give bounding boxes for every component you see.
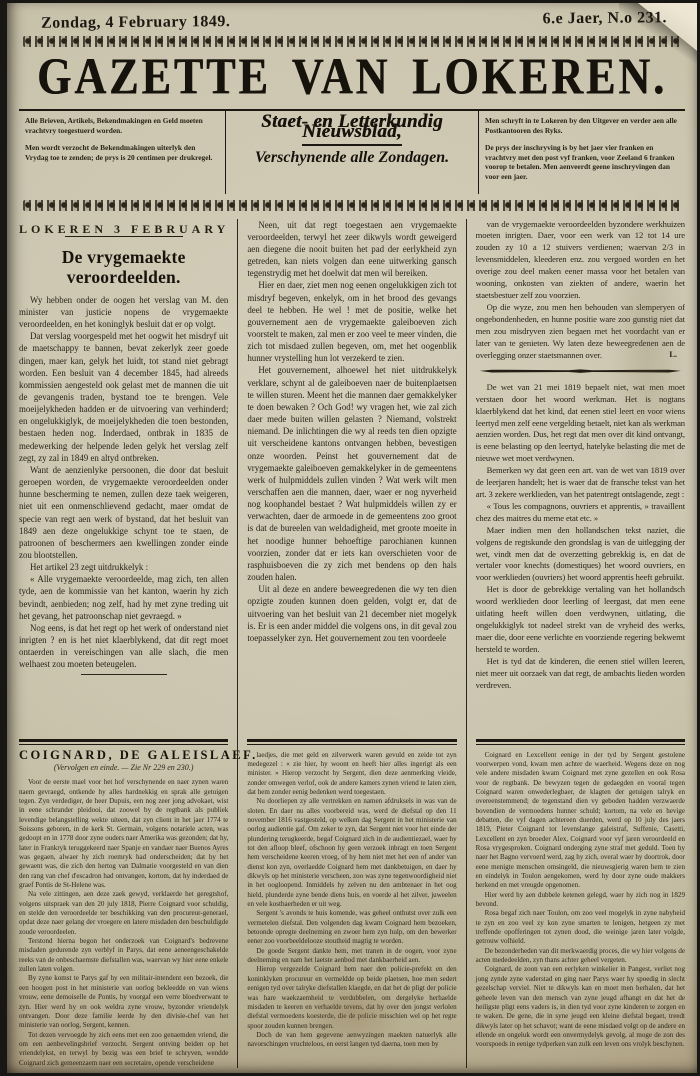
paragraph: Nu doorliepen zy alle vertrekken en name… bbox=[247, 797, 456, 909]
notice-right-text-1: Men schryft in te Lokeren by den Uitgeve… bbox=[485, 116, 679, 135]
paragraph: « Tous les compagnons, ouvriers et appre… bbox=[476, 501, 685, 525]
paragraph: Het gouvernement, alhoewel het niet uitd… bbox=[247, 364, 456, 583]
paragraph: Uit al deze en andere beweegredenen die … bbox=[247, 583, 456, 644]
edition-date: Zondag, 4 February 1849. bbox=[41, 13, 230, 33]
paragraph: Dat verslag voorgespeld met het oogwit h… bbox=[19, 330, 228, 464]
feuilleton-column-1: COIGNARD, DE GALEISLAEF. (Vervolgen en e… bbox=[19, 751, 228, 1068]
paragraph: De wet van 21 mei 1819 bepaelt niet, wat… bbox=[476, 382, 685, 465]
feuilleton-rule-1 bbox=[19, 739, 228, 745]
publication-schedule: Verschynende alle Zondagen. bbox=[234, 153, 470, 163]
paragraph: Hier en daer, ziet men nog eenen ongeluk… bbox=[247, 279, 456, 364]
paragraph: Neen, uit dat regt toegestaen aen vrygem… bbox=[247, 219, 456, 280]
newspaper-subtitle: Staet- en Letterkundig Nieuwsblad, bbox=[234, 117, 470, 136]
paragraph: Tot dezen vervoegde hy zich eens met een… bbox=[19, 1031, 228, 1068]
column-2-main: Neen, uit dat regt toegestaen aen vrygem… bbox=[247, 219, 456, 735]
paragraph: Wy hebben onder de oogen het verslag van… bbox=[19, 294, 228, 330]
feuilleton-title: COIGNARD, DE GALEISLAEF. bbox=[19, 751, 228, 760]
paragraph: Voor de eerste mael voor het hof verschy… bbox=[19, 778, 228, 890]
article-col3-part1-text: van de vrygemaekte veroordeelden byzonde… bbox=[476, 219, 685, 362]
notice-right-text-2: De prys der inschryving is by het jaer v… bbox=[485, 143, 679, 181]
masthead-center: Staet- en Letterkundig Nieuwsblad, Versc… bbox=[225, 111, 479, 194]
paragraph: Na vele zittingen, aen deze zaek gewyd, … bbox=[19, 890, 228, 937]
paragraph: Hierop vergezelde Coignard hem naer den … bbox=[247, 965, 456, 1030]
newspaper-page: Zondag, 4 February 1849. 6.e Jaer, N.o 2… bbox=[7, 3, 697, 1073]
notice-left-text-2: Men wordt verzocht de Bekendmakingen uit… bbox=[25, 143, 219, 162]
paragraph: Hier werd hy aen dubbele ketenen gelegd,… bbox=[476, 891, 685, 910]
article-col2-text: Neen, uit dat regt toegestaen aen vrygem… bbox=[247, 219, 456, 644]
paragraph: Sergent 's avonds te huis komende, was g… bbox=[247, 909, 456, 946]
section-divider-ornament bbox=[480, 369, 681, 373]
newspaper-title: GAZETTE VAN LOKEREN. bbox=[37, 46, 667, 107]
paragraph: De bezonderheden van dit merkwaerdig pro… bbox=[476, 947, 685, 966]
paragraph: Want de aenzienlyke persoonen, die door … bbox=[19, 464, 228, 561]
paragraph: Coignard en Lexcellent eenige in der tyd… bbox=[476, 751, 685, 891]
paragraph: Maer indien men den hollandschen tekst n… bbox=[476, 525, 685, 585]
news-column-1: LOKEREN 3 FEBRUARY. De vrygemaekte veroo… bbox=[19, 219, 228, 1068]
notice-right: Men schryft in te Lokeren by den Uitgeve… bbox=[479, 111, 685, 194]
news-column-2: Neen, uit dat regt toegestaen aen vrygem… bbox=[237, 219, 456, 1068]
feuilleton-column-2: laedjes, die met geld en zilverwerk ware… bbox=[247, 751, 456, 1050]
paragraph: Coignard, de zoon van een eerlyken winke… bbox=[476, 965, 685, 1049]
feuilleton-col2-text: laedjes, die met geld en zilverwerk ware… bbox=[247, 751, 456, 1050]
paragraph: « Alle vrygemaekte veroordeelde, mag zic… bbox=[19, 573, 228, 622]
issue-number: 6.e Jaer, N.o 231. bbox=[543, 9, 668, 28]
feuilleton-rule-2 bbox=[247, 739, 456, 745]
paragraph: Bemerken wy dat geen een art. van de wet… bbox=[476, 465, 685, 501]
column-3-main: van de vrygemaekte veroordeelden byzonde… bbox=[476, 219, 685, 735]
article-col1-text: Wy hebben onder de oogen het verslag van… bbox=[19, 294, 228, 671]
subtitle-divider bbox=[302, 144, 402, 146]
paragraph: Nog eens, is dat het regt op het werk of… bbox=[19, 622, 228, 671]
notice-left-text-1: Alle Brieven, Artikels, Bekendmakingen e… bbox=[25, 116, 219, 135]
paragraph: Rosa begaf zich naer Toulon, om zoo veel… bbox=[476, 909, 685, 946]
feuilleton-col3-text: Coignard en Lexcellent eenige in der tyd… bbox=[476, 751, 685, 1050]
paragraph: Het is tyd dat de kinderen, die eenen st… bbox=[476, 656, 685, 692]
page-header: Zondag, 4 February 1849. 6.e Jaer, N.o 2… bbox=[7, 3, 697, 33]
article-headline: De vrygemaekte veroordeelden. bbox=[19, 247, 228, 287]
paragraph: laedjes, die met geld en zilverwerk ware… bbox=[247, 751, 456, 798]
body-columns: LOKEREN 3 FEBRUARY. De vrygemaekte veroo… bbox=[19, 219, 685, 1068]
dateline-rule bbox=[65, 236, 183, 237]
paragraph: Doch de van hem gegevene aenwyzingen mae… bbox=[247, 1031, 456, 1050]
feuilleton-subtitle: (Vervolgen en einde. — Zie Nr 229 en 230… bbox=[19, 763, 228, 772]
short-rule bbox=[81, 674, 167, 675]
article-dateline: LOKEREN 3 FEBRUARY. bbox=[19, 223, 228, 235]
paragraph: van de vrygemaekte veroordeelden byzonde… bbox=[476, 219, 685, 302]
paragraph: Het is door de gebrekkige vertaling van … bbox=[476, 584, 685, 655]
feuilleton-col1-text: Voor de eerste mael voor het hof verschy… bbox=[19, 778, 228, 1068]
column-1-main: LOKEREN 3 FEBRUARY. De vrygemaekte veroo… bbox=[19, 219, 228, 735]
feuilleton-rule-3 bbox=[476, 739, 685, 745]
paragraph: Het artikel 23 zegt uitdrukkelyk : bbox=[19, 561, 228, 573]
masthead-notices: Alle Brieven, Artikels, Bekendmakingen e… bbox=[19, 109, 685, 194]
news-column-3: van de vrygemaekte veroordeelden byzonde… bbox=[466, 219, 685, 1068]
paragraph: De goede Sergent dankte hem, met tranen … bbox=[247, 947, 456, 966]
paragraph: Terstond hierna begon het onderzoek van … bbox=[19, 937, 228, 974]
ornament-band-bottom bbox=[23, 200, 681, 211]
notice-left: Alle Brieven, Artikels, Bekendmakingen e… bbox=[19, 111, 225, 194]
article-col3-part2-text: De wet van 21 mei 1819 bepaelt niet, wat… bbox=[476, 382, 685, 692]
paragraph: By zyne komst te Parys gaf hy een milita… bbox=[19, 974, 228, 1030]
feuilleton-column-3: Coignard en Lexcellent eenige in der tyd… bbox=[476, 751, 685, 1050]
